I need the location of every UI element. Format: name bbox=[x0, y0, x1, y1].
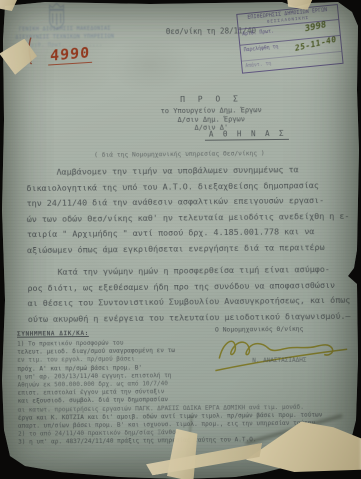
page-content: ΓΕΝΙΚΗ ΔΙΟΙΚΗΣΙΣ ΜΑΚΕΔΟΝΙΑΣ ΔΙΕΥΘΥΝΣΙΣ Τ… bbox=[0, 0, 361, 479]
scanned-document: ΓΕΝΙΚΗ ΔΙΟΙΚΗΣΙΣ ΜΑΚΕΔΟΝΙΑΣ ΔΙΕΥΘΥΝΣΙΣ Τ… bbox=[0, 0, 361, 479]
recipient-block: Π Ρ Ο Σ το Υπουργείον Δημ. Έργων Δ/σιν Δ… bbox=[108, 94, 313, 134]
body-line: ταιρία " Αρχιμήδης " αντί ποσού δρχ. 4.1… bbox=[27, 227, 314, 239]
handwritten-signature bbox=[205, 329, 355, 375]
body-line: Λαμβάνομεν την τιμήν να υποβάλωμεν συνημ… bbox=[26, 165, 298, 177]
body-line: ρος διότι, ως εξεθέσαμεν ήδη προ της συν… bbox=[27, 280, 335, 292]
letter-body: Λαμβάνομεν την τιμήν να υποβάλωμεν συνημ… bbox=[26, 164, 351, 167]
registry-stamp: ΕΠΙΘΕΩΡΗΣΙΣ ΔΗΜΟΣΙΩΝ ΕΡΓΩΝ ΘΕΣΣΑΛΟΝΙΚΗΣ … bbox=[236, 4, 343, 74]
via-note: ( διά της Νομομηχανικής υπηρεσίας Θεσ/νί… bbox=[94, 150, 265, 159]
body-line: αι θέσεις του Συντονιστικού Συμβουλίου Α… bbox=[28, 295, 351, 308]
body-line: Κατά την γνώμην ημών η προσφερθείσα τιμή… bbox=[27, 264, 330, 276]
registry-received-date: 25-11-40 bbox=[295, 35, 338, 53]
body-line: ών των οδών Θεσ/νίκης καθ' ην τελευταία … bbox=[27, 211, 350, 224]
to-heading: Π Ρ Ο Σ bbox=[108, 94, 313, 105]
body-line: την 24/11/40 διά την ανάθεσιν ασφαλτικών… bbox=[27, 195, 325, 207]
registry-protocol-value: 3998 bbox=[304, 20, 327, 34]
city-underline bbox=[205, 139, 289, 141]
paper-sheet: ΓΕΝΙΚΗ ΔΙΟΙΚΗΣΙΣ ΜΑΚΕΔΟΝΙΑΣ ΔΙΕΥΘΥΝΣΙΣ Τ… bbox=[0, 0, 361, 479]
body-line: δικαιολογητικά της υπό του Α.Τ.Ο. διεξαχ… bbox=[26, 180, 319, 192]
registry-reply-label: Απάντ. τη bbox=[245, 62, 271, 70]
registry-protocol-label: Αριθ. Πρωτ. bbox=[242, 29, 274, 37]
registry-received-label: Παρελήφθη τη bbox=[244, 45, 279, 53]
signer-name: Ν. ΑΝΑΣΤΑΣΙΑΔΗΣ bbox=[252, 357, 306, 365]
body-line: ούτω ακυρωθή η ενέργεια του τελευταίου μ… bbox=[28, 311, 351, 324]
body-line: αξιώσωμεν όπως άμα εγκριθήσεται ενεργήση… bbox=[27, 242, 325, 254]
recipient-city: Α Θ Η Ν Α Σ bbox=[209, 129, 286, 139]
